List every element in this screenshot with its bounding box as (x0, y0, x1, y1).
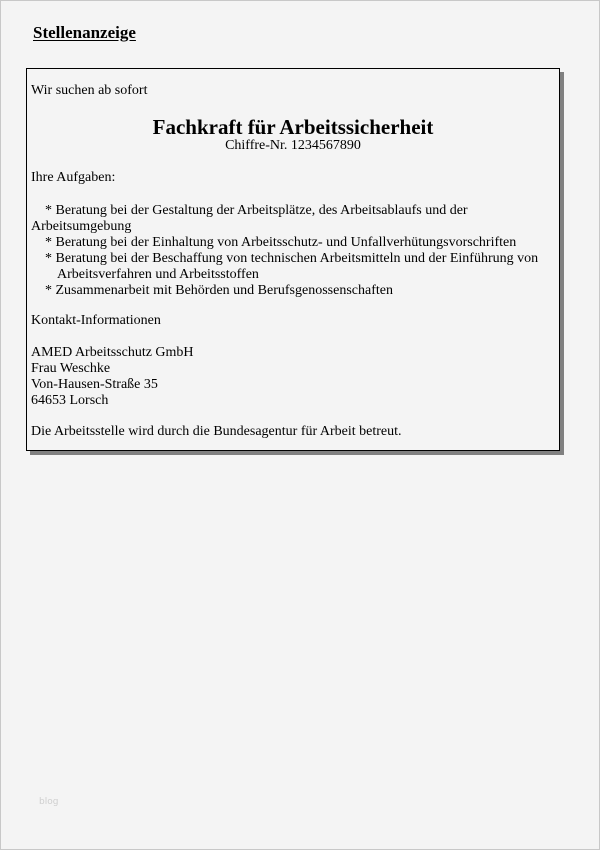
tasks-heading: Ihre Aufgaben: (31, 170, 115, 186)
task-item: * Beratung bei der Beschaffung von techn… (31, 251, 551, 283)
task-item-continuation: Arbeitsumgebung (31, 219, 551, 235)
contact-person: Frau Weschke (31, 361, 194, 377)
company-name: AMED Arbeitsschutz GmbH (31, 345, 194, 361)
contact-address: AMED Arbeitsschutz GmbH Frau Weschke Von… (31, 345, 194, 409)
footer-note: Die Arbeitsstelle wird durch die Bundesa… (31, 424, 402, 440)
task-item: * Zusammenarbeit mit Behörden und Berufs… (31, 283, 551, 299)
job-headline: Fachkraft für Arbeitssicherheit (27, 115, 559, 139)
task-item: * Beratung bei der Gestaltung der Arbeit… (31, 203, 551, 219)
city: 64653 Lorsch (31, 393, 194, 409)
task-list: * Beratung bei der Gestaltung der Arbeit… (31, 203, 551, 299)
contact-heading: Kontakt-Informationen (31, 313, 161, 329)
watermark: blog (39, 797, 58, 807)
street: Von-Hausen-Straße 35 (31, 377, 194, 393)
intro-text: Wir suchen ab sofort (31, 83, 147, 99)
job-ad-box: Wir suchen ab sofort Fachkraft für Arbei… (26, 68, 560, 451)
task-item: * Beratung bei der Einhaltung von Arbeit… (31, 235, 551, 251)
chiffre-number: Chiffre-Nr. 1234567890 (27, 138, 559, 154)
page-title: Stellenanzeige (33, 23, 136, 43)
